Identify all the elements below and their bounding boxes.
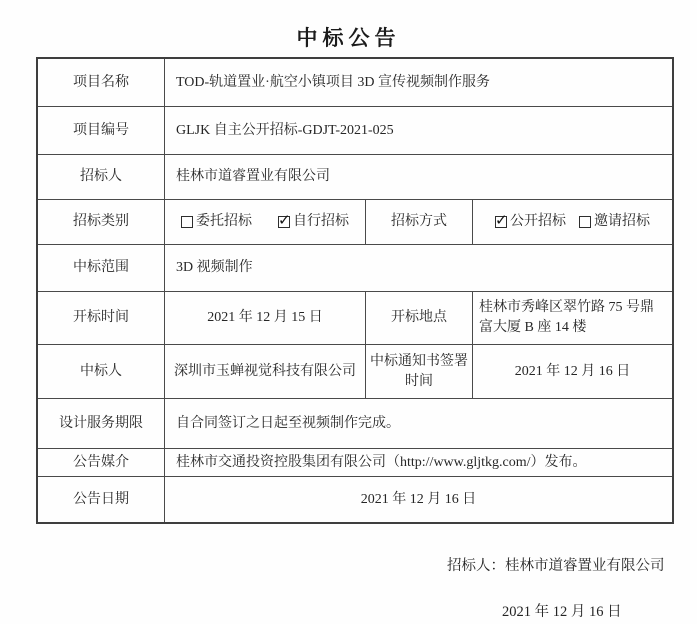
tender-method-label: 招标方式 — [366, 200, 473, 245]
project-number-value: GLJK 自主公开招标-GDJT-2021-025 — [165, 107, 672, 155]
bid-opening-time-value: 2021 年 12 月 15 日 — [165, 292, 366, 345]
notice-sign-time-label: 中标通知书签署时间 — [366, 345, 473, 399]
bid-opening-place-value: 桂林市秀峰区翠竹路 75 号鼎富大厦 B 座 14 楼 — [473, 292, 672, 345]
announce-media-value: 桂林市交通投资控股集团有限公司（http://www.gljtkg.com/）发… — [165, 449, 672, 477]
table-row-project-name: 项目名称 TOD-轨道置业·航空小镇项目 3D 宣传视频制作服务 — [38, 59, 672, 107]
announcement-table: 项目名称 TOD-轨道置业·航空小镇项目 3D 宣传视频制作服务 项目编号 GL… — [36, 57, 674, 524]
checkbox-label: 公开招标 — [510, 212, 566, 232]
footer-signer: 招标人：桂林市道睿置业有限公司 — [447, 554, 665, 575]
row-label: 公告日期 — [38, 477, 165, 522]
table-row-announce-media: 公告媒介 桂林市交通投资控股集团有限公司（http://www.gljtkg.c… — [38, 449, 672, 477]
tender-method-options: ✓ 公开招标 邀请招标 — [473, 200, 672, 245]
checkbox-label: 邀请招标 — [594, 212, 650, 232]
checkbox-unchecked-icon — [181, 216, 193, 228]
page-title: 中标公告 — [0, 22, 697, 52]
footer-date: 2021 年 12 月 16 日 — [502, 600, 622, 621]
checkbox-option-yaoqing: 邀请招标 — [579, 212, 650, 232]
bid-scope-value: 3D 视频制作 — [165, 245, 672, 292]
table-row-bid-scope: 中标范围 3D 视频制作 — [38, 245, 672, 292]
table-row-winner: 中标人 深圳市玉蝉视觉科技有限公司 中标通知书签署时间 2021 年 12 月 … — [38, 345, 672, 399]
check-mark-icon: ✓ — [495, 210, 508, 231]
row-label: 中标人 — [38, 345, 165, 399]
row-label: 设计服务期限 — [38, 399, 165, 449]
checkbox-option-zixing: ✓ 自行招标 — [278, 212, 349, 232]
notice-sign-time-value: 2021 年 12 月 16 日 — [473, 345, 672, 399]
announce-date-value: 2021 年 12 月 16 日 — [165, 477, 672, 522]
table-row-announce-date: 公告日期 2021 年 12 月 16 日 — [38, 477, 672, 522]
table-row-tenderer: 招标人 桂林市道睿置业有限公司 — [38, 155, 672, 200]
checkbox-label: 委托招标 — [196, 212, 252, 232]
table-row-tender-category: 招标类别 委托招标 ✓ 自行招标 招标方式 ✓ — [38, 200, 672, 245]
table-row-bid-opening: 开标时间 2021 年 12 月 15 日 开标地点 桂林市秀峰区翠竹路 75 … — [38, 292, 672, 345]
row-label: 招标人 — [38, 155, 165, 200]
checkbox-option-weituo: 委托招标 — [181, 212, 252, 232]
checkbox-checked-icon: ✓ — [495, 216, 507, 228]
checkbox-option-gongkai: ✓ 公开招标 — [495, 212, 566, 232]
check-mark-icon: ✓ — [278, 210, 291, 231]
service-period-value: 自合同签订之日起至视频制作完成。 — [165, 399, 672, 449]
tenderer-value: 桂林市道睿置业有限公司 — [165, 155, 672, 200]
table-row-project-number: 项目编号 GLJK 自主公开招标-GDJT-2021-025 — [38, 107, 672, 155]
checkbox-checked-icon: ✓ — [278, 216, 290, 228]
row-label: 开标时间 — [38, 292, 165, 345]
row-label: 公告媒介 — [38, 449, 165, 477]
tender-category-options: 委托招标 ✓ 自行招标 — [165, 200, 366, 245]
checkbox-label: 自行招标 — [293, 212, 349, 232]
checkbox-unchecked-icon — [579, 216, 591, 228]
row-label: 招标类别 — [38, 200, 165, 245]
winner-value: 深圳市玉蝉视觉科技有限公司 — [165, 345, 366, 399]
table-row-service-period: 设计服务期限 自合同签订之日起至视频制作完成。 — [38, 399, 672, 449]
bid-opening-place-label: 开标地点 — [366, 292, 473, 345]
scanned-announcement-page: 中标公告 项目名称 TOD-轨道置业·航空小镇项目 3D 宣传视频制作服务 项目… — [0, 0, 697, 624]
row-label: 项目名称 — [38, 59, 165, 107]
project-name-value: TOD-轨道置业·航空小镇项目 3D 宣传视频制作服务 — [165, 59, 672, 107]
row-label: 项目编号 — [38, 107, 165, 155]
row-label: 中标范围 — [38, 245, 165, 292]
